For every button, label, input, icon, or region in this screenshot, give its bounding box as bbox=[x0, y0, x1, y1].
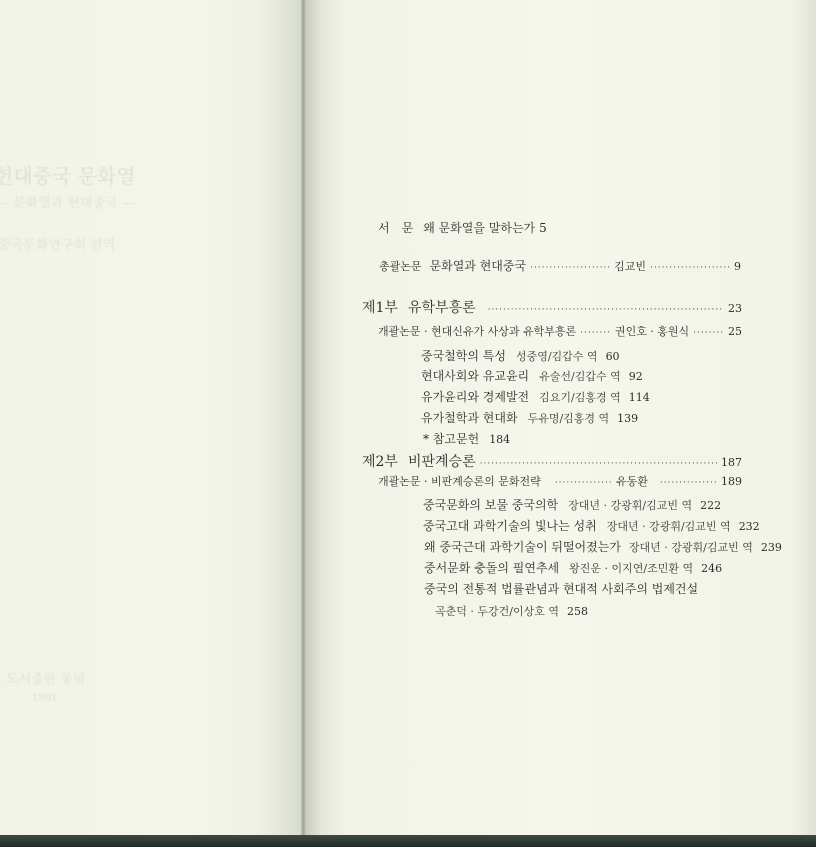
entry-title: 중국고대 과학기술의 빛나는 성취 bbox=[423, 517, 597, 534]
toc-entry: 유가철학과 현대화 두유명/김홍경 역 139 bbox=[421, 409, 638, 426]
entry-title: 중국문화의 보물 중국의학 bbox=[423, 496, 558, 513]
intro-label: 개괄논문 · 현대신유가 사상과 유학부흥론 bbox=[378, 323, 576, 339]
entry-title: 유가철학과 현대화 bbox=[421, 409, 518, 426]
part-page: 23 bbox=[728, 302, 742, 315]
toc-entry: 왜 중국근대 과학기술이 뒤떨어졌는가 장대년 · 강광휘/김교빈 역 239 bbox=[424, 538, 782, 555]
entry-page: 92 bbox=[629, 370, 643, 383]
leader-dots bbox=[650, 263, 730, 273]
toc-entry-references: * 참고문헌 184 bbox=[423, 430, 510, 447]
toc-preface: 서 문 왜 문화열을 말하는가 5 bbox=[378, 219, 547, 236]
toc-entry: 현대사회와 유교윤리 유술선/김갑수 역 92 bbox=[421, 367, 643, 384]
toc-entry: 중국의 전통적 법률관념과 현대적 사회주의 법제건설 bbox=[424, 580, 698, 597]
leader-dots bbox=[530, 263, 610, 273]
overview-author: 김교빈 bbox=[614, 258, 646, 274]
part-label: 제1부 bbox=[362, 297, 398, 317]
toc-part-1-intro: 개괄논문 · 현대신유가 사상과 유학부흥론 권인호 · 홍원식 25 bbox=[378, 323, 742, 339]
intro-label: 개괄논문 · 비판계승론의 문화전략 bbox=[378, 473, 541, 489]
leader-dots bbox=[660, 478, 717, 488]
entry-page: 239 bbox=[761, 541, 782, 554]
entry-title: 중국의 전통적 법률관념과 현대적 사회주의 법제건설 bbox=[424, 580, 698, 597]
entry-author: 곡춘덕 · 두강건/이상호 역 bbox=[435, 603, 559, 619]
entry-page: 60 bbox=[606, 350, 620, 363]
preface-page: 5 bbox=[539, 221, 547, 235]
leader-dots bbox=[693, 328, 724, 338]
intro-page: 189 bbox=[721, 475, 742, 488]
leader-dots bbox=[488, 305, 724, 315]
overview-title: 문화열과 현대중국 bbox=[430, 257, 527, 274]
entry-page: 114 bbox=[629, 391, 650, 404]
entry-page: 222 bbox=[700, 499, 721, 512]
overview-page: 9 bbox=[734, 260, 741, 273]
entry-author: 왕진운 · 이지연/조민환 역 bbox=[569, 560, 693, 576]
entry-title: * 참고문헌 bbox=[423, 430, 479, 447]
intro-author: 권인호 · 홍원식 bbox=[615, 323, 689, 339]
preface-title: 왜 문화열을 말하는가 bbox=[423, 219, 535, 236]
entry-title: 중국철학의 특성 bbox=[421, 347, 506, 364]
intro-author: 유동환 bbox=[616, 473, 648, 489]
overview-label: 총괄논문 bbox=[379, 258, 422, 274]
entry-author: 장대년 · 강광휘/김교빈 역 bbox=[568, 497, 692, 513]
entry-author: 성중영/김갑수 역 bbox=[516, 348, 598, 364]
table-of-contents: 서 문 왜 문화열을 말하는가 5 총괄논문 문화열과 현대중국 김교빈 9 제… bbox=[0, 0, 816, 847]
entry-author: 장대년 · 강광휘/김교빈 역 bbox=[629, 539, 753, 555]
entry-page: 258 bbox=[567, 605, 588, 618]
toc-part-2-intro: 개괄논문 · 비판계승론의 문화전략 유동환 189 bbox=[378, 473, 742, 489]
entry-page: 246 bbox=[701, 562, 722, 575]
entry-author: 김요기/김홍경 역 bbox=[539, 389, 621, 405]
intro-page: 25 bbox=[728, 325, 742, 338]
toc-overview: 총괄논문 문화열과 현대중국 김교빈 9 bbox=[379, 257, 741, 274]
leader-dots bbox=[555, 478, 612, 488]
toc-entry: 유가윤리와 경제발전 김요기/김홍경 역 114 bbox=[421, 388, 650, 405]
part-title: 비판계승론 bbox=[408, 451, 476, 471]
entry-page: 184 bbox=[489, 433, 510, 446]
part-label: 제2부 bbox=[362, 451, 398, 471]
entry-title: 현대사회와 유교윤리 bbox=[421, 367, 529, 384]
entry-author: 장대년 · 강광휘/김교빈 역 bbox=[607, 518, 731, 534]
toc-part-1: 제1부 유학부흥론 23 bbox=[362, 297, 742, 317]
entry-title: 중서문화 충돌의 필연추세 bbox=[424, 559, 559, 576]
toc-entry: 중국고대 과학기술의 빛나는 성취 장대년 · 강광휘/김교빈 역 232 bbox=[423, 517, 760, 534]
entry-page: 232 bbox=[739, 520, 760, 533]
leader-dots bbox=[580, 328, 611, 338]
leader-dots bbox=[480, 459, 717, 469]
toc-entry: 중국문화의 보물 중국의학 장대년 · 강광휘/김교빈 역 222 bbox=[423, 496, 721, 513]
entry-author: 유술선/김갑수 역 bbox=[539, 368, 621, 384]
preface-label: 서 문 bbox=[378, 219, 413, 236]
entry-title: 왜 중국근대 과학기술이 뒤떨어졌는가 bbox=[424, 538, 621, 555]
part-title: 유학부흥론 bbox=[408, 297, 476, 317]
part-page: 187 bbox=[721, 456, 742, 469]
toc-part-2: 제2부 비판계승론 187 bbox=[362, 451, 742, 471]
entry-author: 두유명/김홍경 역 bbox=[528, 410, 610, 426]
toc-entry: 중서문화 충돌의 필연추세 왕진운 · 이지연/조민환 역 246 bbox=[424, 559, 722, 576]
toc-entry: 중국철학의 특성 성중영/김갑수 역 60 bbox=[421, 347, 620, 364]
toc-entry-continuation: 곡춘덕 · 두강건/이상호 역 258 bbox=[435, 603, 588, 619]
entry-title: 유가윤리와 경제발전 bbox=[421, 388, 529, 405]
entry-page: 139 bbox=[617, 412, 638, 425]
